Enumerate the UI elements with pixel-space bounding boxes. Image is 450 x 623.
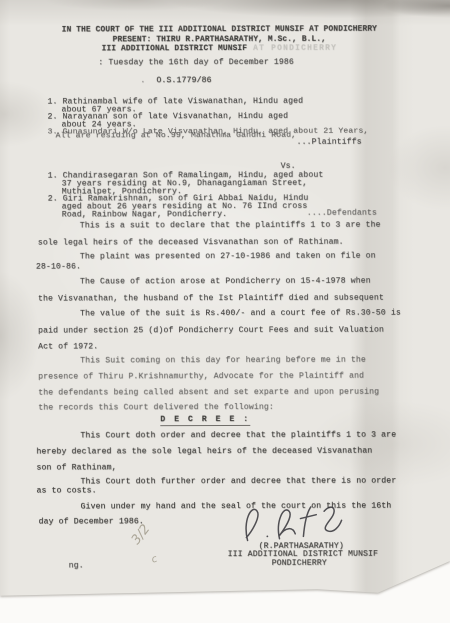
suit-value-line-1: The value of the suit is Rs.400/- and a … (80, 309, 401, 319)
decree-heading: D E C R E E : (160, 414, 250, 425)
header-title-text: III ADDITIONAL DISTRICT MUNSIF (102, 44, 248, 53)
suit-value-line-3: Act of 1972. (38, 342, 98, 351)
hearing-line-1: This Suit coming on this day for hearing… (80, 355, 366, 365)
hearing-line-3: the defendants being called absent and s… (38, 387, 379, 397)
hearing-line-4: the records this Court delivered the fol… (38, 402, 274, 412)
cause-of-action-line-2: the Visvanathan, the husband of the Ist … (38, 293, 384, 303)
decree-costs-line-2: as to costs. (36, 486, 96, 495)
plaintiffs-label: ...Plaintiffs (297, 137, 362, 146)
cause-of-action-line-1: The Cause of action arose at Pondicherry… (80, 277, 371, 287)
suit-declaration-line-1: This is a suit to declare that the plain… (80, 220, 381, 230)
stray-mark: . (140, 76, 145, 85)
judge-signature-ink (236, 498, 354, 544)
court-header: IN THE COURT OF THE III ADDITIONAL DISTR… (0, 24, 439, 54)
judge-location: PONDICHERRY (272, 558, 327, 567)
header-title-line: III ADDITIONAL DISTRICT MUNSIF AT PONDIC… (0, 44, 439, 55)
hearing-date-line: : Tuesday the 16th day of December 1986 (98, 58, 294, 68)
handwritten-curl: c (150, 554, 159, 566)
decree-order-line-3: son of Rathinam, (36, 463, 116, 472)
plaintiff-3-line-2: All are residing at No.99, Mahathma Gand… (56, 131, 297, 140)
case-number: O.S.1779/86 (156, 76, 211, 85)
versus-label: Vs. (281, 161, 296, 170)
document-text-layer: IN THE COURT OF THE III ADDITIONAL DISTR… (0, 0, 450, 623)
decree-costs-line-1: This Court doth further order and decree… (80, 476, 396, 486)
plaint-presented-line-2: 28-10-86. (36, 262, 81, 271)
defendants-label: ....Defendants (307, 209, 377, 218)
suit-value-line-2: paid under section 25 (d)of Pondicherry … (38, 325, 384, 335)
suit-declaration-line-2: sole legal heirs of the deceased Visvana… (38, 237, 344, 247)
decree-order-line-2: hereby declared as the sole legal heirs … (36, 447, 372, 457)
scanned-court-decree: IN THE COURT OF THE III ADDITIONAL DISTR… (0, 0, 450, 623)
given-under-hand-line-2: day of December 1986. (39, 517, 144, 526)
plaint-presented-line-1: The plaint was presented on 27-10-1986 a… (80, 252, 376, 262)
header-title-faded-text: AT PONDICHERRY (247, 44, 337, 53)
defendant-2-line-3: Road, Rainbow Nagar, Pondicherry. (62, 209, 227, 218)
clerk-initials: ng. (69, 561, 84, 570)
decree-order-line-1: This Court doth order and decree that th… (80, 431, 396, 441)
hearing-line-2: presence of Thiru P.Krishnamurthy, Advoc… (38, 371, 364, 381)
